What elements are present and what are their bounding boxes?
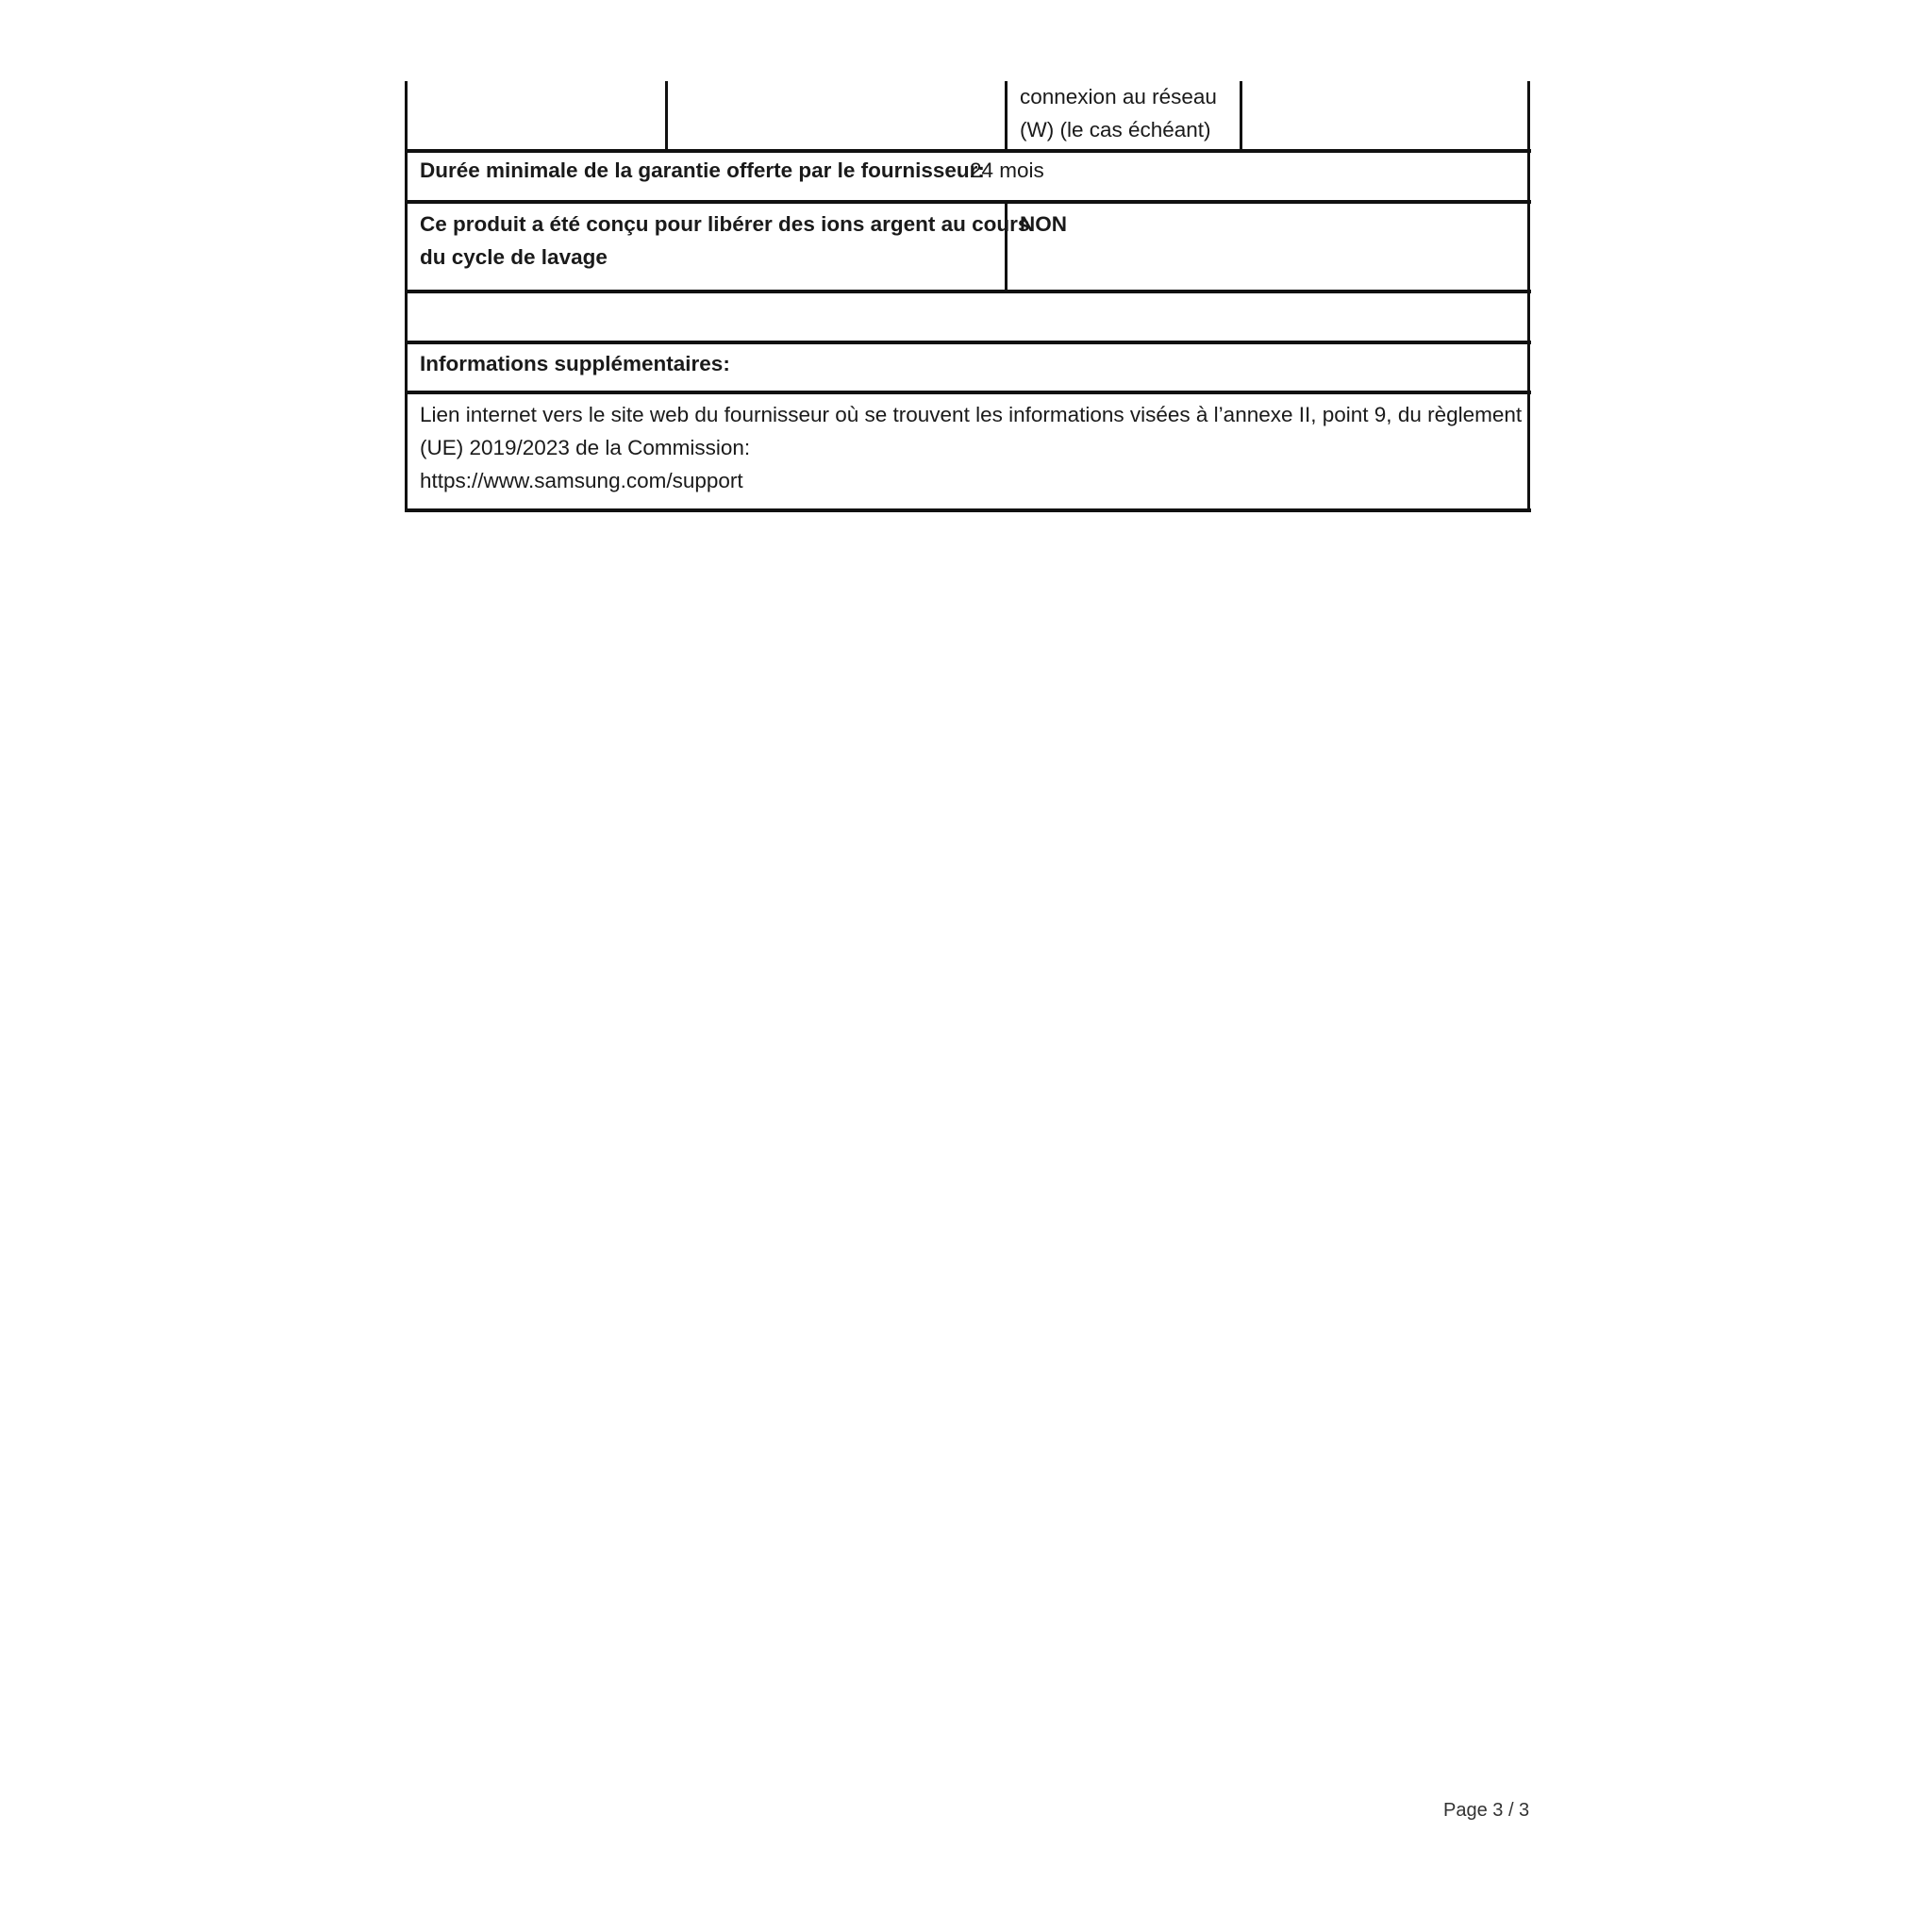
- warranty-label: Durée minimale de la garantie offerte pa…: [420, 154, 985, 187]
- silver-ions-value: NON: [1020, 208, 1067, 241]
- warranty-value: 24 mois: [970, 154, 1044, 187]
- row-border-bottom: [405, 508, 1531, 512]
- row-border-1: [405, 149, 1531, 153]
- row-border-3: [405, 290, 1531, 293]
- additional-info-text-line2: (UE) 2019/2023 de la Commission:: [420, 431, 750, 464]
- page-indicator: Page 3 / 3: [1443, 1800, 1529, 1822]
- col-divider-1: [665, 81, 668, 151]
- network-power-label-line2: (W) (le cas échéant): [1020, 113, 1211, 146]
- additional-info-heading: Informations supplémentaires:: [420, 347, 730, 380]
- col-divider-3: [1240, 81, 1242, 151]
- row-border-5: [405, 391, 1531, 394]
- table-border-right: [1527, 81, 1530, 512]
- additional-info-text-line1: Lien internet vers le site web du fourni…: [420, 398, 1522, 431]
- document-page: connexion au réseau (W) (le cas échéant)…: [0, 0, 1932, 1932]
- supplier-support-link[interactable]: https://www.samsung.com/support: [420, 464, 743, 497]
- col-divider-2: [1005, 81, 1008, 151]
- network-power-label-line1: connexion au réseau: [1020, 80, 1217, 113]
- row-border-4: [405, 341, 1531, 344]
- silver-ions-label-line2: du cycle de lavage: [420, 241, 608, 274]
- table-border-left: [405, 81, 408, 512]
- silver-ions-label-line1: Ce produit a été conçu pour libérer des …: [420, 208, 1029, 241]
- row-border-2: [405, 200, 1531, 204]
